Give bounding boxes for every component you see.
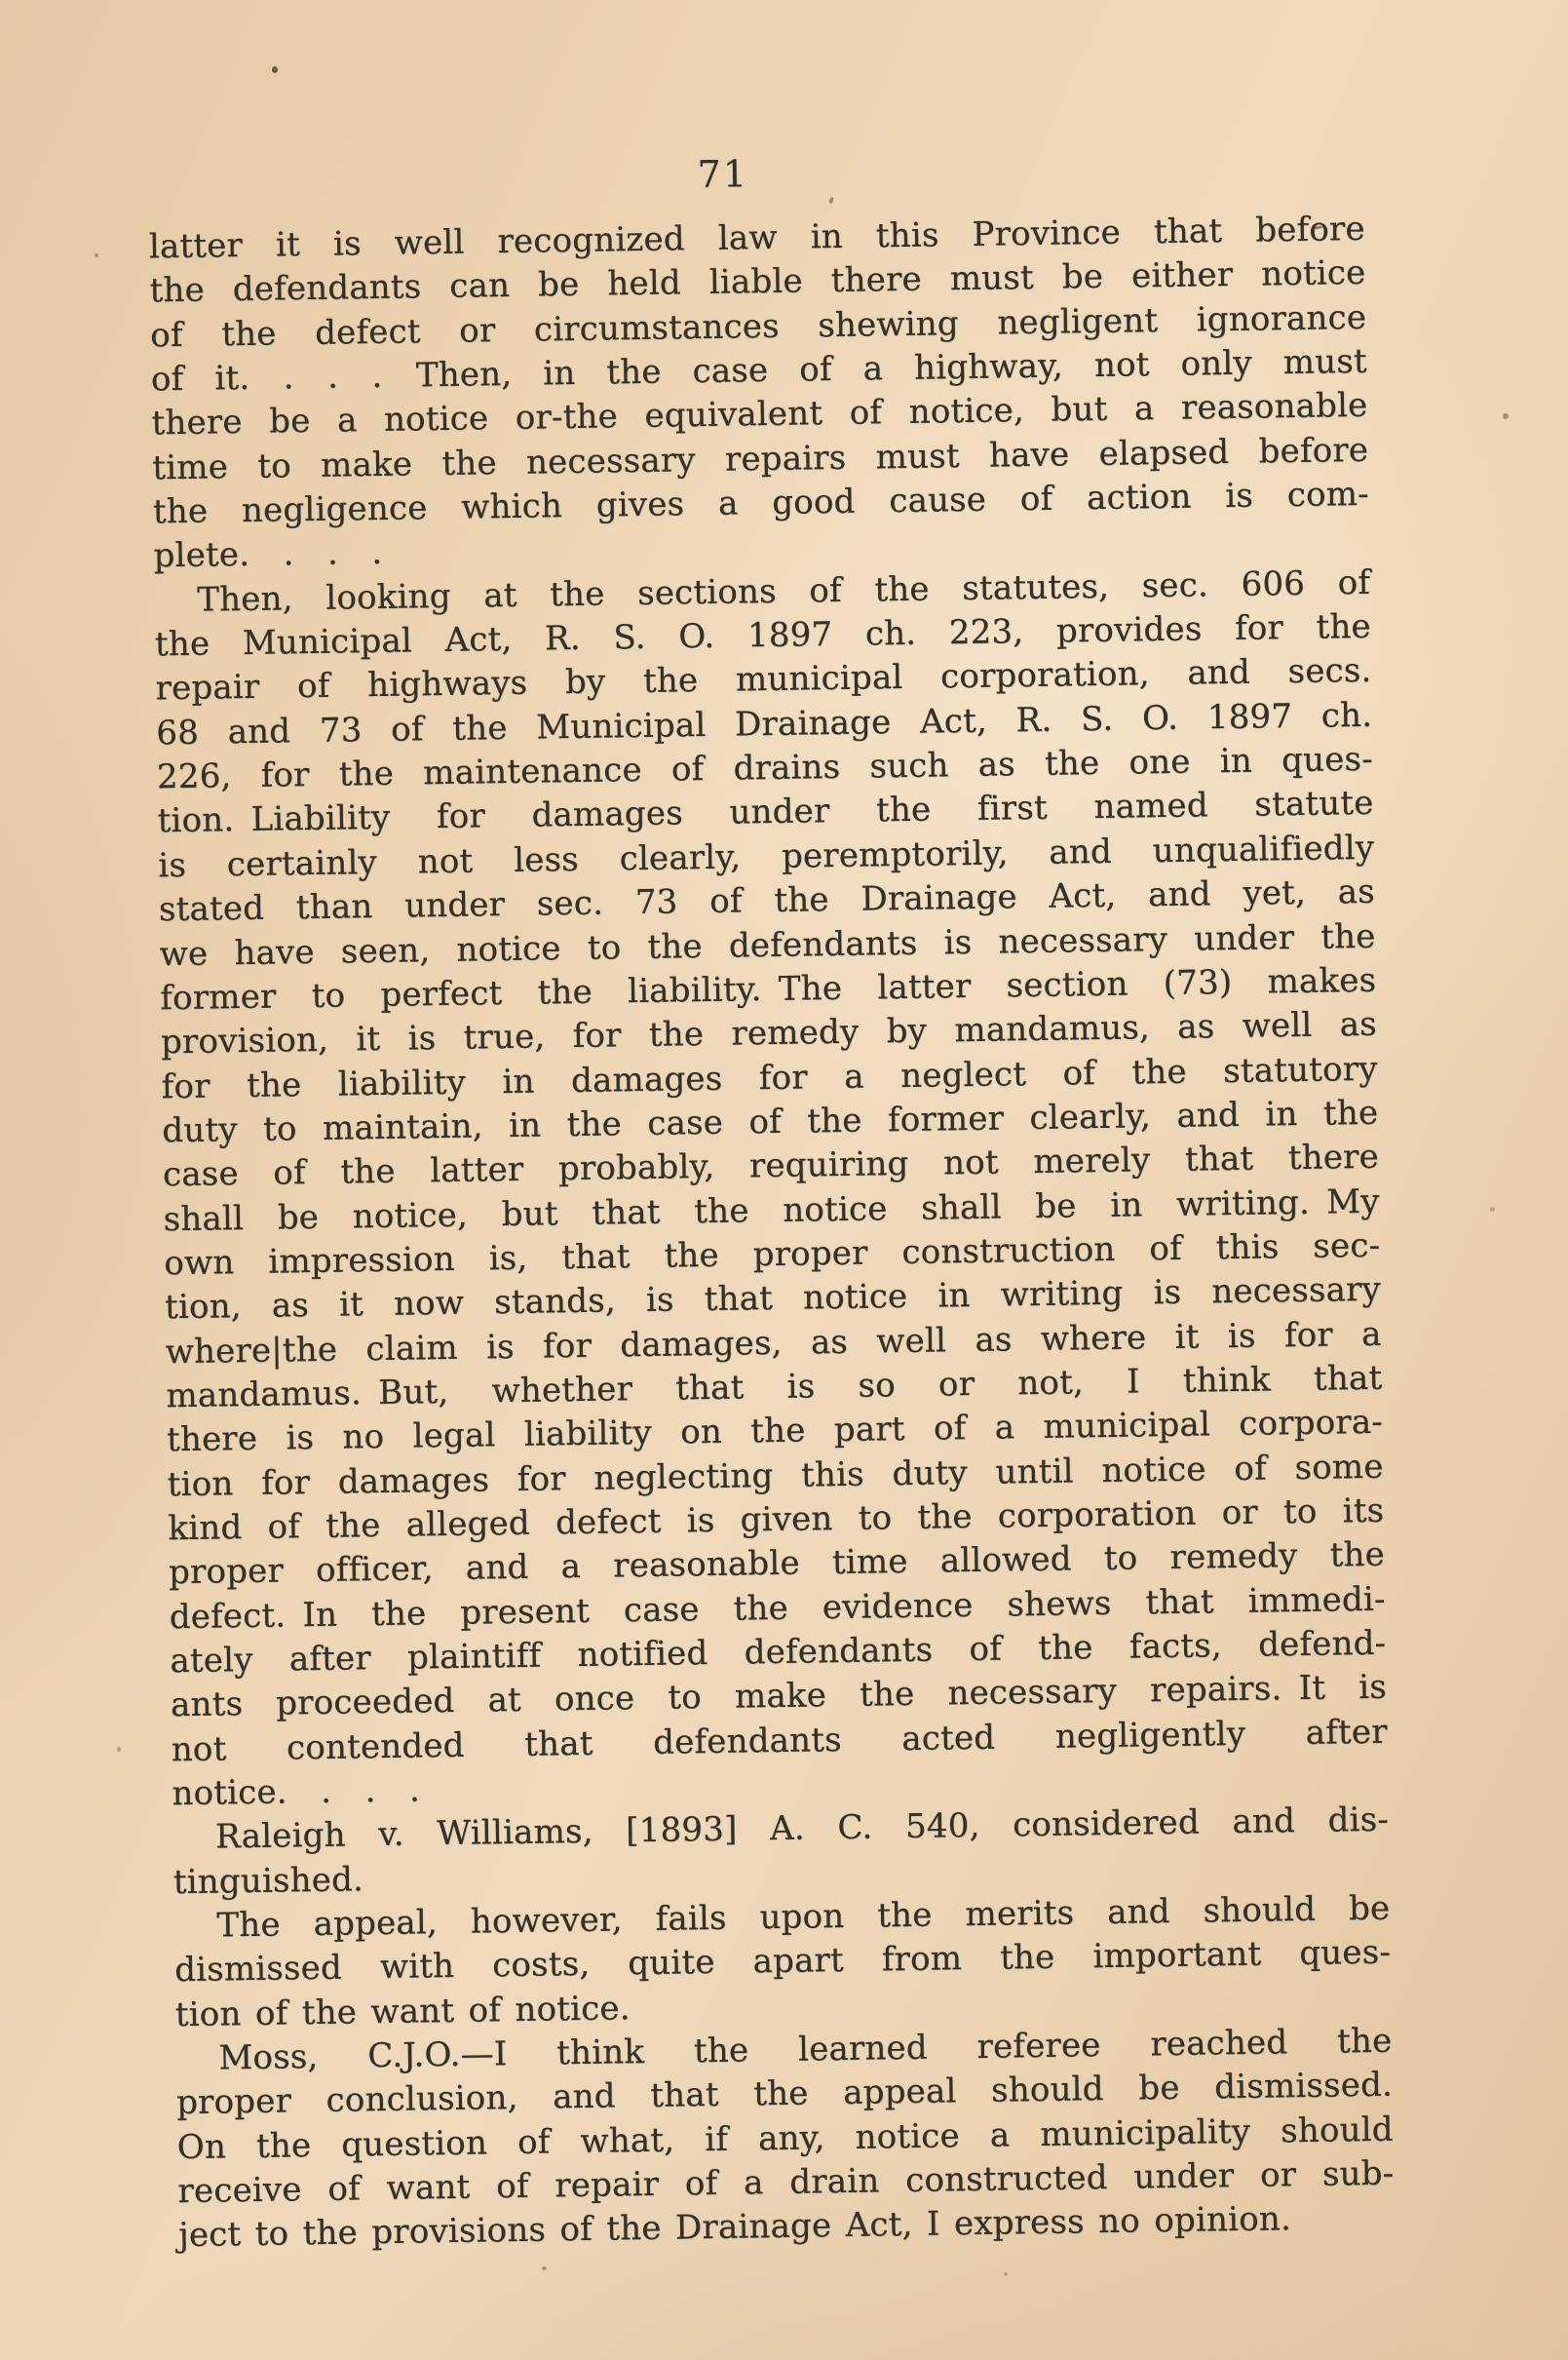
page-number: 71	[148, 144, 1299, 205]
paragraph: latter it is well recognized law in this…	[149, 208, 1370, 579]
ink-speck	[117, 1747, 121, 1752]
ink-speck	[1004, 2272, 1008, 2276]
ink-speck	[272, 66, 278, 73]
paragraph: The appeal, however, fails upon the meri…	[173, 1887, 1392, 2038]
scanned-text-area: 71 latter it is well recognized law in t…	[149, 208, 1396, 2259]
ink-speck	[1503, 413, 1509, 419]
book-page: 71 latter it is well recognized law in t…	[0, 0, 1568, 2360]
ink-speck	[542, 2266, 547, 2270]
paragraph: Moss, C.J.O.—I think the learned referee…	[175, 2020, 1395, 2259]
ink-speck	[95, 253, 98, 257]
paragraph: Then, looking at the sections of the sta…	[154, 561, 1389, 1817]
ink-speck	[1490, 1207, 1495, 1212]
text-block: latter it is well recognized law in this…	[149, 208, 1396, 2259]
ink-speck	[828, 197, 834, 205]
